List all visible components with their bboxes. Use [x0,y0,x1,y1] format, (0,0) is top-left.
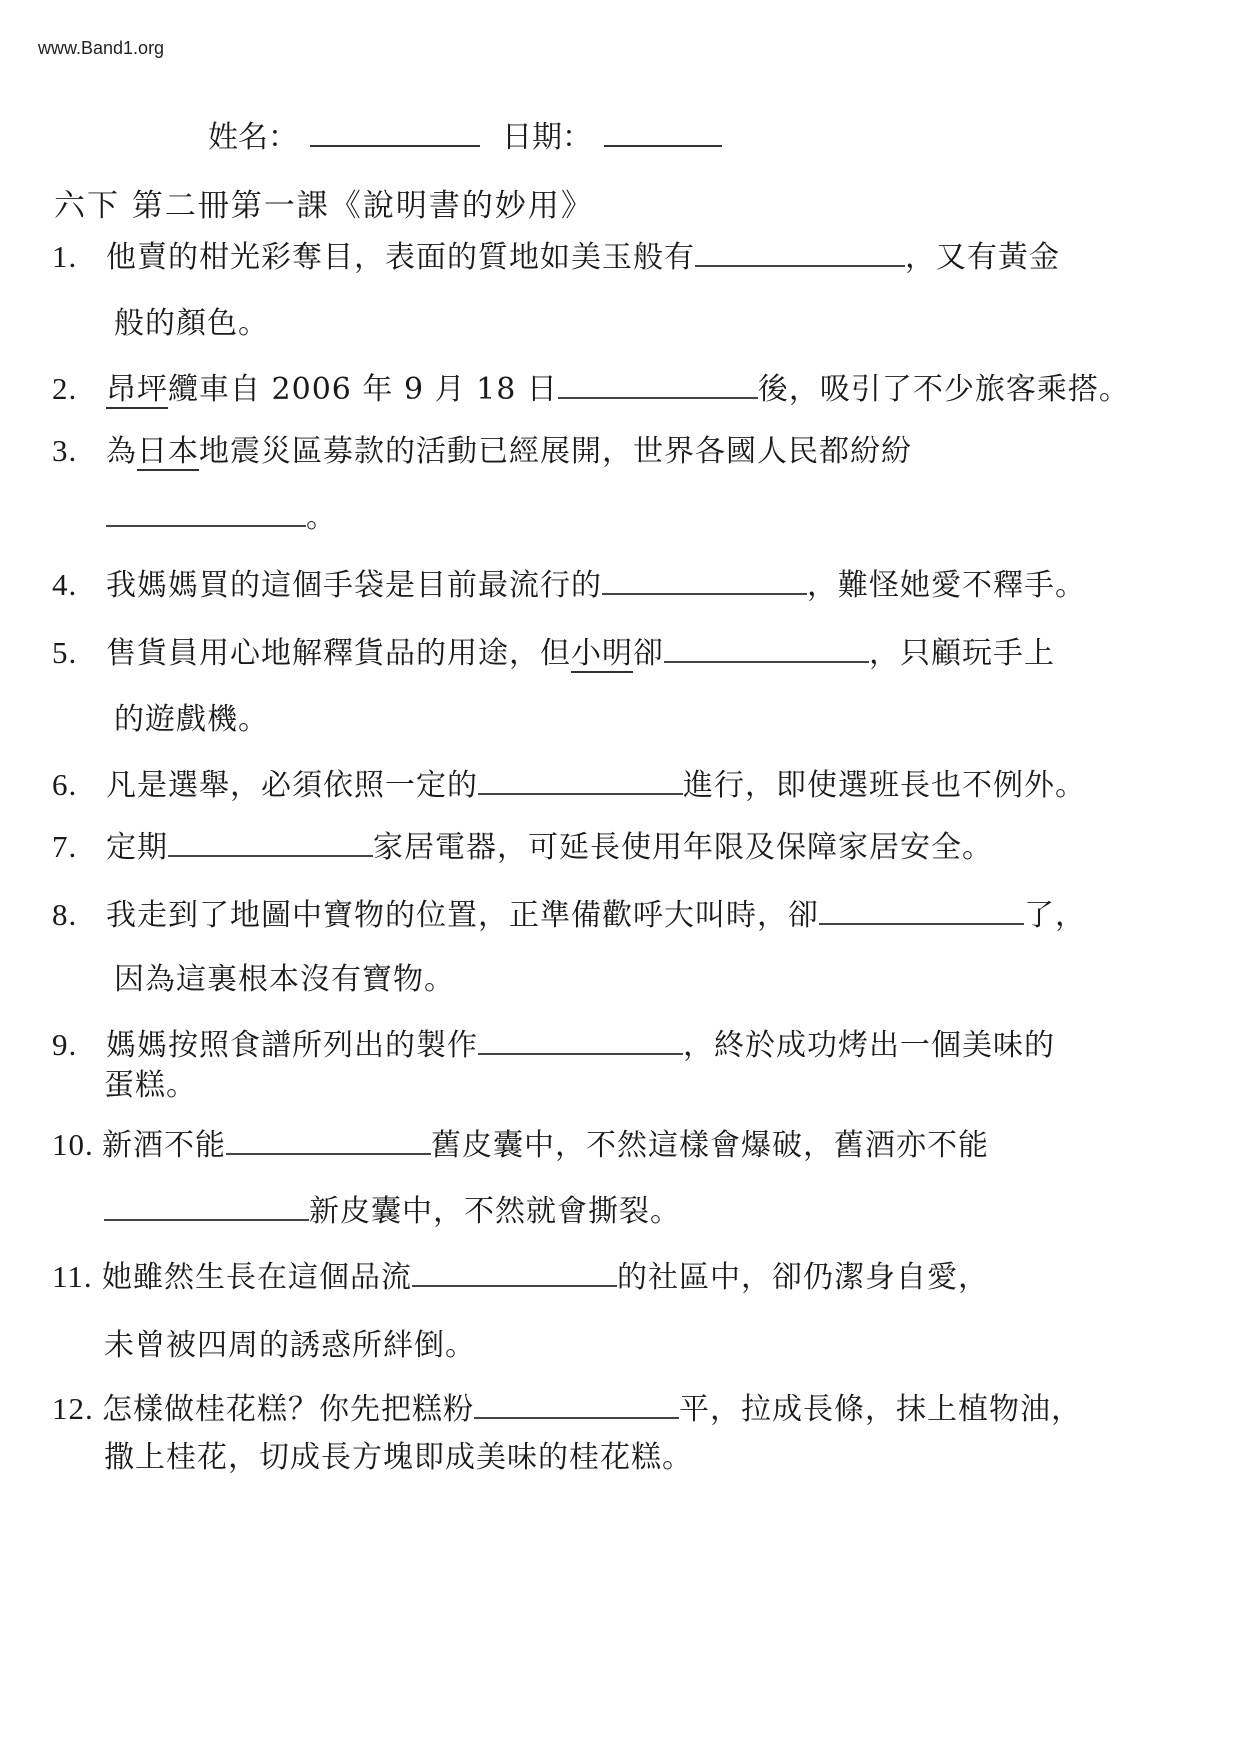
question-text: ，難怪她愛不釋手。 [807,568,1086,603]
question-text: 卻 [633,636,664,671]
question-text: 售貨員用心地解釋貨品的用途，但 [106,636,571,671]
question-text: 了， [1024,898,1086,933]
answer-blank[interactable] [819,897,1024,925]
question-8: 8.我走到了地圖中寶物的位置，正準備歡呼大叫時，卻了， [52,890,1086,934]
answer-blank[interactable] [226,1127,431,1155]
question-text: 地震災區募款的活動已經展開，世界各國人民都紛紛 [199,434,912,469]
question-1: 1.他賣的柑光彩奪目，表面的質地如美玉般有，又有黃金 [52,232,1060,276]
answer-blank[interactable] [104,1193,309,1221]
answer-blank[interactable] [474,1391,679,1419]
question-number: 4. [52,567,106,603]
question-text: 定期 [106,830,168,865]
answer-blank[interactable] [168,829,373,857]
student-info-row: 姓名： 日期： [208,112,722,156]
name-field[interactable] [310,115,480,147]
question-8-continued: 因為這裏根本沒有寶物。 [114,954,455,998]
proper-noun: 昂坪 [106,372,168,409]
question-7: 7.定期家居電器，可延長使用年限及保障家居安全。 [52,822,993,866]
question-10: 10.新酒不能舊皮囊中，不然這樣會爆破，舊酒亦不能 [52,1120,989,1164]
question-text: 新酒不能 [102,1128,226,1163]
answer-blank[interactable] [695,239,905,267]
answer-blank[interactable] [664,635,869,663]
question-12: 12.怎樣做桂花糕？你先把糕粉平，拉成長條，抹上植物油， [52,1384,1082,1428]
proper-noun: 小明 [571,636,633,673]
question-number: 3. [52,433,106,469]
question-text: ，又有黃金 [905,240,1060,275]
question-text: 纜車自 2006 年 9 月 18 日 [168,372,558,407]
question-text: 。 [306,500,337,535]
lesson-title: 六下 第二冊第一課《說明書的妙用》 [54,180,594,225]
question-5: 5.售貨員用心地解釋貨品的用途，但小明卻，只顧玩手上 [52,628,1055,672]
question-number: 1. [52,239,106,275]
question-3: 3.為日本地震災區募款的活動已經展開，世界各國人民都紛紛 [52,426,912,470]
date-field[interactable] [604,115,722,147]
question-text: 他賣的柑光彩奪目，表面的質地如美玉般有 [106,240,695,275]
question-5-continued: 的遊戲機。 [114,694,269,738]
question-text: 凡是選舉，必須依照一定的 [106,768,478,803]
question-text: 怎樣做桂花糕？你先把糕粉 [102,1392,474,1427]
question-number: 8. [52,897,106,933]
question-11-continued: 未曾被四周的誘惑所絆倒。 [104,1320,476,1364]
question-text: 家居電器，可延長使用年限及保障家居安全。 [373,830,993,865]
question-text: 媽媽按照食譜所列出的製作 [106,1028,478,1063]
answer-blank[interactable] [412,1259,617,1287]
question-text: 後，吸引了不少旅客乘搭。 [758,372,1130,407]
question-text: 我媽媽買的這個手袋是目前最流行的 [106,568,602,603]
question-9: 9.媽媽按照食譜所列出的製作，終於成功烤出一個美味的 [52,1020,1055,1064]
question-11: 11.她雖然生長在這個品流的社區中，卻仍潔身自愛， [52,1252,989,1296]
name-label: 姓名： [208,112,298,156]
question-9-continued: 蛋糕。 [104,1060,197,1104]
proper-noun: 日本 [137,434,199,471]
question-text: 的社區中，卻仍潔身自愛， [617,1260,989,1295]
question-number: 9. [52,1027,106,1063]
question-number: 6. [52,767,106,803]
question-12-continued: 撒上桂花，切成長方塊即成美味的桂花糕。 [104,1432,693,1476]
site-url: www.Band1.org [38,38,164,59]
question-3-continued: 。 [106,492,337,536]
question-text: ，終於成功烤出一個美味的 [683,1028,1055,1063]
question-number: 11. [52,1259,102,1295]
question-6: 6.凡是選舉，必須依照一定的進行，即使選班長也不例外。 [52,760,1086,804]
date-label: 日期： [502,112,592,156]
question-number: 2. [52,371,106,407]
answer-blank[interactable] [558,371,758,399]
question-text: 新皮囊中，不然就會撕裂。 [309,1194,681,1229]
question-2: 2.昂坪纜車自 2006 年 9 月 18 日後，吸引了不少旅客乘搭。 [52,364,1130,408]
question-text: ，只顧玩手上 [869,636,1055,671]
question-text: 舊皮囊中，不然這樣會爆破，舊酒亦不能 [431,1128,989,1163]
question-number: 5. [52,635,106,671]
question-1-continued: 般的顏色。 [114,298,269,342]
answer-blank[interactable] [478,767,683,795]
question-text: 她雖然生長在這個品流 [102,1260,412,1295]
answer-blank[interactable] [602,567,807,595]
answer-blank[interactable] [106,499,306,527]
question-number: 10. [52,1127,102,1163]
question-text: 我走到了地圖中寶物的位置，正準備歡呼大叫時，卻 [106,898,819,933]
question-text: 進行，即使選班長也不例外。 [683,768,1086,803]
question-number: 12. [52,1391,102,1427]
question-text: 為 [106,434,137,469]
question-4: 4.我媽媽買的這個手袋是目前最流行的，難怪她愛不釋手。 [52,560,1086,604]
question-number: 7. [52,829,106,865]
answer-blank[interactable] [478,1027,683,1055]
question-10-continued: 新皮囊中，不然就會撕裂。 [104,1186,681,1230]
question-text: 平，拉成長條，抹上植物油， [679,1392,1082,1427]
